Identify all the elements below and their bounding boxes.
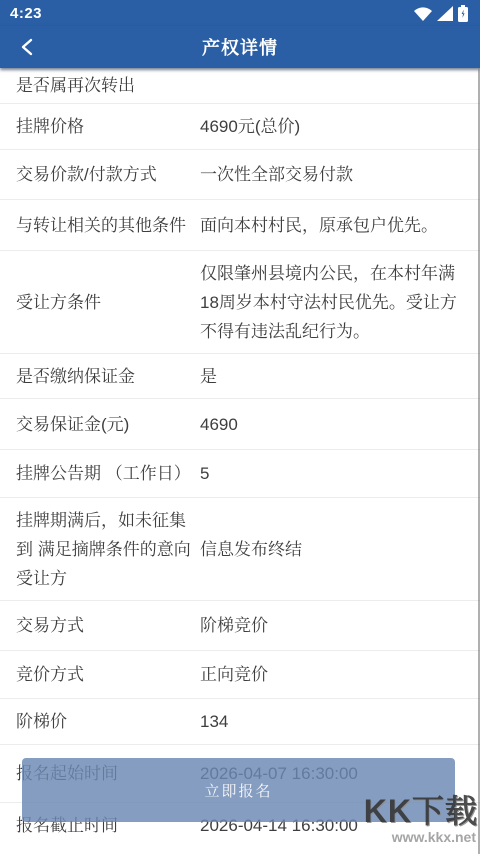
signal-icon	[437, 6, 453, 21]
wifi-icon	[414, 6, 432, 21]
detail-row: 受让方条件 仅限肇州县境内公民，在本村年满18周岁本村守法村民优先。受让方不得有…	[0, 251, 480, 354]
row-label: 是否缴纳保证金	[16, 362, 200, 391]
status-bar: 4:23	[0, 0, 480, 26]
row-label: 挂牌公告期 （工作日）	[16, 459, 200, 488]
row-value: 信息发布终结	[200, 535, 468, 564]
row-value: 134	[200, 707, 468, 736]
detail-row: 挂牌期满后，如未征集 到 满足摘牌条件的意向 受让方 信息发布终结	[0, 498, 480, 601]
row-value: 4690	[200, 410, 468, 439]
detail-row: 交易保证金(元) 4690	[0, 399, 480, 450]
detail-row: 挂牌价格 4690元(总价)	[0, 104, 480, 150]
signup-button-label: 立即报名	[204, 780, 272, 801]
row-label: 挂牌价格	[16, 112, 200, 141]
row-label: 挂牌期满后，如未征集 到 满足摘牌条件的意向 受让方	[16, 506, 200, 593]
detail-row: 交易方式 阶梯竞价	[0, 601, 480, 651]
detail-row: 挂牌公告期 （工作日） 5	[0, 450, 480, 498]
back-arrow-icon	[18, 37, 38, 57]
detail-row: 竞价方式 正向竞价	[0, 651, 480, 699]
row-label: 竞价方式	[16, 660, 200, 689]
row-value: 一次性全部交易付款	[200, 160, 468, 189]
row-label: 阶梯价	[16, 707, 200, 736]
row-value: 面向本村村民，原承包户优先。	[200, 211, 468, 240]
row-label: 是否属再次转出	[16, 71, 200, 100]
row-label: 与转让相关的其他条件	[16, 211, 200, 240]
phone-screen: 4:23 产权详情 是	[0, 0, 480, 854]
row-label: 交易价款/付款方式	[16, 160, 200, 189]
detail-row: 是否缴纳保证金 是	[0, 354, 480, 399]
detail-row: 与转让相关的其他条件 面向本村村民，原承包户优先。	[0, 200, 480, 251]
row-value: 是	[200, 362, 468, 391]
row-value: 仅限肇州县境内公民，在本村年满18周岁本村守法村民优先。受让方不得有违法乱纪行为…	[200, 259, 468, 346]
detail-row: 阶梯价 134	[0, 699, 480, 745]
row-value: 阶梯竞价	[200, 611, 468, 640]
row-label: 交易保证金(元)	[16, 410, 200, 439]
app-header: 产权详情	[0, 26, 480, 68]
row-value: 4690元(总价)	[200, 112, 468, 141]
page-title: 产权详情	[0, 34, 480, 60]
back-button[interactable]	[8, 26, 48, 68]
detail-row: 交易价款/付款方式 一次性全部交易付款	[0, 150, 480, 200]
status-icons	[414, 5, 470, 22]
detail-row: 是否属再次转出	[0, 68, 480, 104]
signup-button[interactable]: 立即报名	[22, 758, 455, 822]
row-value: 5	[200, 459, 468, 488]
details-list[interactable]: 是否属再次转出 挂牌价格 4690元(总价) 交易价款/付款方式 一次性全部交易…	[0, 68, 480, 843]
row-label: 受让方条件	[16, 288, 200, 317]
row-value: 正向竞价	[200, 660, 468, 689]
row-label: 交易方式	[16, 611, 200, 640]
clock: 4:23	[10, 5, 42, 22]
battery-icon	[458, 5, 468, 22]
